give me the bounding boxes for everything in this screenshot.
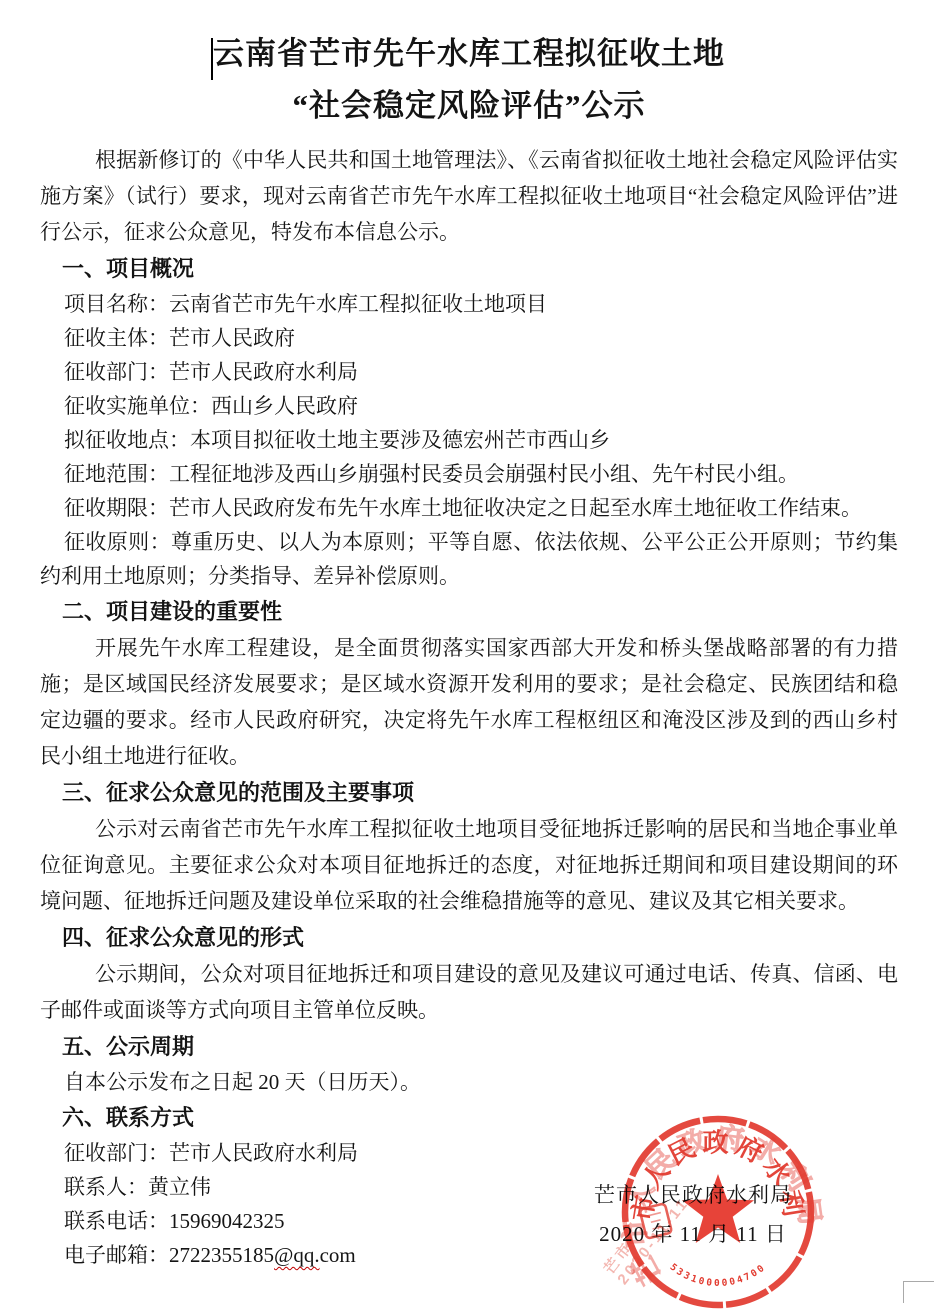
title-line-1: 云南省芒市先午水库工程拟征收土地 — [40, 28, 898, 80]
section1-item: 征收期限：芒市人民政府发布先午水库土地征收决定之日起至水库土地征收工作结束。 — [40, 491, 898, 525]
title-line-2: “社会稳定风险评估”公示 — [40, 80, 898, 132]
section-heading-2: 二、项目建设的重要性 — [40, 596, 898, 628]
section5-item: 自本公示发布之日起 20 天（日历天）。 — [40, 1065, 898, 1099]
email-tld: com — [320, 1243, 356, 1267]
email-domain-spellcheck: @qq. — [274, 1243, 320, 1267]
text-boundary-corner-mark — [903, 1281, 934, 1303]
section1-item: 征收实施单位：西山乡人民政府 — [40, 389, 898, 423]
section3-paragraph: 公示对云南省芒市先午水库工程拟征收土地项目受征地拆迁影响的居民和当地企事业单位征… — [40, 811, 898, 919]
section-heading-6: 六、联系方式 — [40, 1102, 898, 1134]
section1-item: 征收主体：芒市人民政府 — [40, 321, 898, 355]
text-cursor — [211, 38, 213, 80]
section1-item: 征收原则：尊重历史、以人为本原则；平等自愿、依法依规、公平公正公开原则；节约集约… — [40, 525, 898, 593]
signature-org: 芒市人民政府水利局 — [594, 1176, 792, 1215]
section1-item: 征地范围：工程征地涉及西山乡崩强村民委员会崩强村民小组、先午村民小组。 — [40, 457, 898, 491]
section-heading-1: 一、项目概况 — [40, 253, 898, 285]
email-user: 2722355185 — [169, 1243, 274, 1267]
section-heading-4: 四、征求公众意见的形式 — [40, 922, 898, 954]
section-heading-3: 三、征求公众意见的范围及主要事项 — [40, 777, 898, 809]
section1-item: 项目名称：云南省芒市先午水库工程拟征收土地项目 — [40, 287, 898, 321]
section4-paragraph: 公示期间，公众对项目征地拆迁和项目建设的意见及建议可通过电话、传真、信函、电子邮… — [40, 956, 898, 1028]
document-content: 云南省芒市先午水库工程拟征收土地 “社会稳定风险评估”公示 根据新修订的《中华人… — [40, 28, 898, 1272]
intro-paragraph: 根据新修订的《中华人民共和国土地管理法》、《云南省拟征收土地社会稳定风险评估实施… — [40, 142, 898, 250]
email-label: 电子邮箱： — [64, 1243, 169, 1267]
signature-date: 2020 年 11 月 11 日 — [594, 1215, 792, 1254]
section1-item: 拟征收地点：本项目拟征收土地主要涉及德宏州芒市西山乡 — [40, 423, 898, 457]
section2-paragraph: 开展先午水库工程建设，是全面贯彻落实国家西部大开发和桥头堡战略部署的有力措施；是… — [40, 630, 898, 774]
document-page: 云南省芒市先午水库工程拟征收土地 “社会稳定风险评估”公示 根据新修订的《中华人… — [0, 0, 938, 1316]
page-title: 云南省芒市先午水库工程拟征收土地 “社会稳定风险评估”公示 — [40, 28, 898, 132]
section-heading-5: 五、公示周期 — [40, 1031, 898, 1063]
contact-department: 征收部门：芒市人民政府水利局 — [40, 1136, 898, 1170]
section1-item: 征收部门：芒市人民政府水利局 — [40, 355, 898, 389]
signature-block: 芒市人民政府水利局 2020 年 11 月 11 日 — [594, 1176, 792, 1254]
